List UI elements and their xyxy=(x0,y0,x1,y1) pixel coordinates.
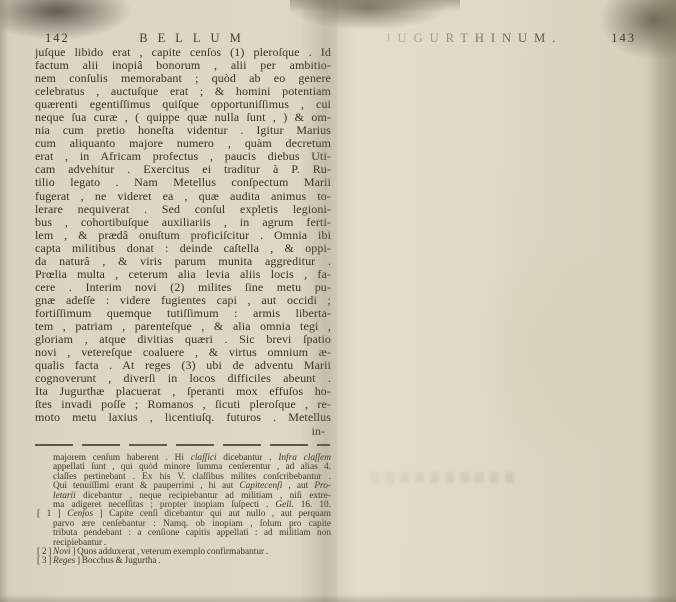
footnote-separator-left xyxy=(35,444,330,446)
page-left: 142 BELLUM juſque libido erat , capite c… xyxy=(0,0,338,602)
text-line: tilio legato . Nam Metellus conſpectum M… xyxy=(35,176,331,189)
main-text-left: juſque libido erat , capite cenſos (1) p… xyxy=(35,46,331,424)
text-line: lerare nequiverat . Sed conſul expletis … xyxy=(35,203,331,216)
catchword-left: in- xyxy=(35,424,325,439)
text-line: gnæ adeſſe : videre fugientes capi , aut… xyxy=(35,294,331,307)
text-line: da naturâ , & viris parum munita aggredi… xyxy=(35,255,331,268)
text-line: bus , cohortibuſque auxiliariis , in agr… xyxy=(35,216,331,229)
text-line: [ 3 ] Reges ] Bocchus & Jugurtha . xyxy=(37,557,331,566)
footnotes-left: majorem cenſum haberent . Hi claſſici di… xyxy=(37,454,331,567)
page-header-right: JUGURTHINUM. 143 xyxy=(338,31,676,47)
text-line: lem , & prædâ onuſtum proficiſcitur . Om… xyxy=(35,229,331,242)
text-line: cere . Interim novi (2) milites ſine met… xyxy=(35,281,331,294)
text-line: capta militibus donat : deinde caſtella … xyxy=(35,242,331,255)
page-number-right: 143 xyxy=(611,31,636,46)
book-scan: 142 BELLUM juſque libido erat , capite c… xyxy=(0,0,676,602)
page-right: JUGURTHINUM. 143 Interea Romam profectus… xyxy=(338,0,676,602)
text-line: Prœlia multa , ceterum alia levia aliis … xyxy=(35,268,331,281)
text-line: moto metu laxius , licentiuſq. futuros .… xyxy=(35,411,331,424)
text-line: fugerat , ne videret ea , quæ audita ani… xyxy=(35,190,331,203)
running-title-left: BELLUM xyxy=(0,31,338,46)
